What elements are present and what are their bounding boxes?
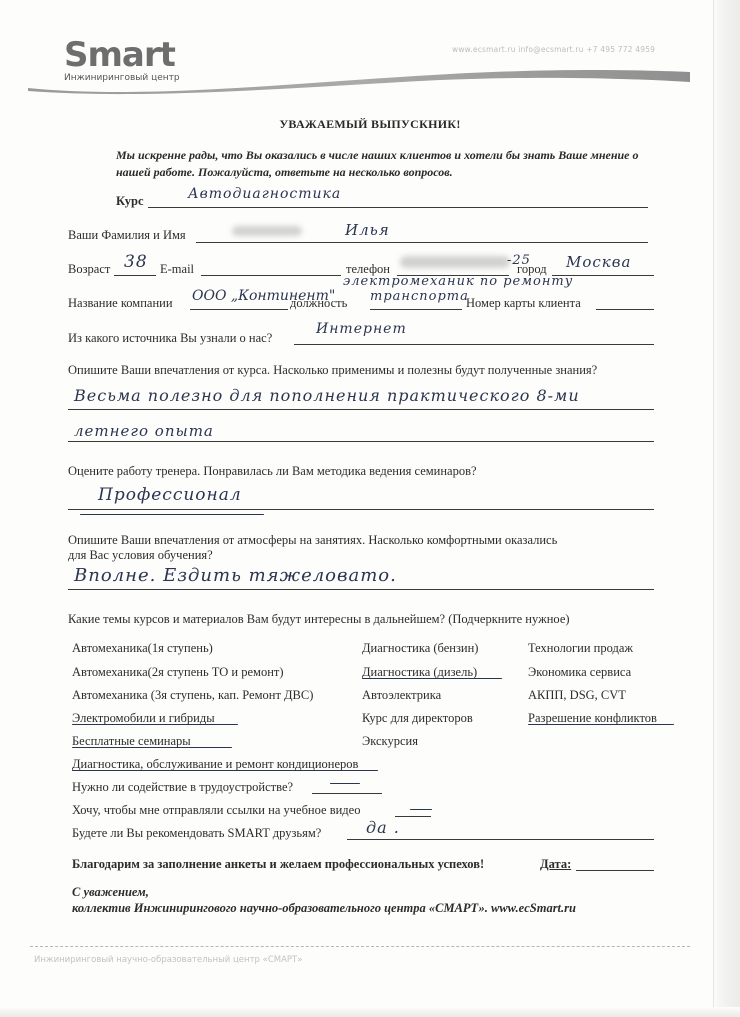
redacted-surname — [232, 226, 302, 236]
answer-line-1[interactable] — [68, 409, 654, 410]
underline-free-seminars — [72, 747, 232, 748]
footer-divider — [30, 946, 690, 947]
footer-text: Инжиниринговый научно-образовательный це… — [34, 955, 302, 965]
age-value[interactable]: 38 — [124, 252, 148, 272]
redacted-phone — [400, 256, 510, 268]
topic-excursion[interactable]: Экскурсия — [362, 734, 418, 749]
company-label: Название компании — [68, 296, 173, 311]
employment-dash — [330, 783, 360, 784]
signature-line1: С уважением, — [72, 885, 149, 900]
age-field-line[interactable] — [114, 275, 156, 276]
email-field-line[interactable] — [201, 275, 341, 276]
thanks-text: Благодарим за заполнение анкеты и желаем… — [72, 857, 484, 872]
topic-service-economics[interactable]: Экономика сервиса — [528, 665, 631, 680]
answer-line-2[interactable] — [68, 441, 654, 442]
answer-course-impressions-line2[interactable]: летнего опыта — [74, 422, 214, 440]
date-field-line[interactable] — [576, 870, 654, 871]
header-contacts: www.ecsmart.ru info@ecsmart.ru +7 495 77… — [452, 45, 655, 54]
form-intro: Мы искренне рады, что Вы оказались в чис… — [116, 147, 676, 181]
topic-transmissions[interactable]: АКПП, DSG, CVT — [528, 688, 626, 703]
topic-directors-course[interactable]: Курс для директоров — [362, 711, 473, 726]
form-title: УВАЖАЕМЫЙ ВЫПУСКНИК! — [0, 117, 740, 132]
header-swoosh-decoration — [0, 60, 720, 100]
topic-sales-technologies[interactable]: Технологии продаж — [528, 641, 633, 656]
answer-atmosphere-line[interactable] — [68, 589, 654, 590]
underline-air-conditioners — [72, 770, 378, 771]
card-field-line[interactable] — [596, 309, 654, 310]
source-label: Из какого источника Вы узнали о нас? — [68, 331, 272, 346]
video-dash — [410, 809, 432, 810]
topic-diagnostics-petrol[interactable]: Диагностика (бензин) — [362, 641, 478, 656]
city-value[interactable]: Москва — [566, 253, 631, 271]
answer-trainer[interactable]: Профессионал — [98, 485, 242, 505]
source-value[interactable]: Интернет — [316, 321, 407, 337]
underline-conflict-resolution — [528, 724, 674, 725]
name-field-line[interactable] — [196, 242, 648, 243]
question-trainer: Оцените работу тренера. Понравилась ли В… — [68, 464, 477, 479]
video-label: Хочу, чтобы мне отправляли ссылки на уче… — [72, 803, 360, 818]
position-label: должность — [290, 296, 347, 311]
scan-page-edge — [713, 0, 740, 1017]
course-value[interactable]: Автодиагностика — [188, 186, 341, 202]
recommend-value[interactable]: да . — [366, 818, 400, 837]
topic-automechanics-2[interactable]: Автомеханика(2я ступень ТО и ремонт) — [72, 665, 284, 680]
employment-field-line[interactable] — [312, 793, 382, 794]
pen-stroke — [80, 514, 264, 515]
position-value-line1[interactable]: электромеханик по ремонту — [343, 274, 573, 289]
company-field-line[interactable] — [190, 309, 288, 310]
topic-auto-electrics[interactable]: Автоэлектрика — [362, 688, 441, 703]
answer-course-impressions-line1[interactable]: Весьма полезно для пополнения практическ… — [74, 386, 580, 405]
email-label: E-mail — [160, 262, 194, 277]
signature-line2: коллектив Инжинирингового научно-образов… — [72, 901, 576, 916]
question-atmosphere-line1: Опишите Ваши впечатления от атмосферы на… — [68, 533, 557, 548]
question-atmosphere-line2: для Вас условия обучения? — [68, 548, 213, 563]
course-label: Курс — [116, 194, 144, 209]
card-label: Номер карты клиента — [466, 296, 581, 311]
topic-automechanics-3[interactable]: Автомеханика (3я ступень, кап. Ремонт ДВ… — [72, 688, 313, 703]
name-value[interactable]: Илья — [345, 221, 390, 239]
video-field-line[interactable] — [395, 816, 431, 817]
position-value-line2[interactable]: транспорта — [370, 289, 469, 304]
position-field-line[interactable] — [370, 309, 462, 310]
underline-diagnostics-diesel — [362, 678, 502, 679]
date-label: Дата: — [540, 857, 571, 872]
underline-electric-hybrid — [72, 724, 238, 725]
course-field-line[interactable] — [148, 207, 648, 208]
recommend-label: Будете ли Вы рекомендовать SMART друзьям… — [72, 826, 321, 841]
age-label: Возраст — [68, 262, 110, 277]
employment-label: Нужно ли содействие в трудоустройстве? — [72, 780, 293, 795]
topic-automechanics-1[interactable]: Автомеханика(1я ступень) — [72, 641, 213, 656]
recommend-field-line[interactable] — [347, 839, 654, 840]
topics-prompt: Какие темы курсов и материалов Вам будут… — [68, 612, 570, 627]
question-course-impressions: Опишите Ваши впечатления от курса. Наско… — [68, 363, 597, 378]
source-field-line[interactable] — [294, 344, 654, 345]
scan-bottom-edge — [0, 1007, 740, 1017]
answer-atmosphere[interactable]: Вполне. Ездить тяжеловато. — [74, 565, 397, 586]
name-label: Ваши Фамилия и Имя — [68, 228, 186, 243]
answer-trainer-line[interactable] — [68, 509, 654, 510]
